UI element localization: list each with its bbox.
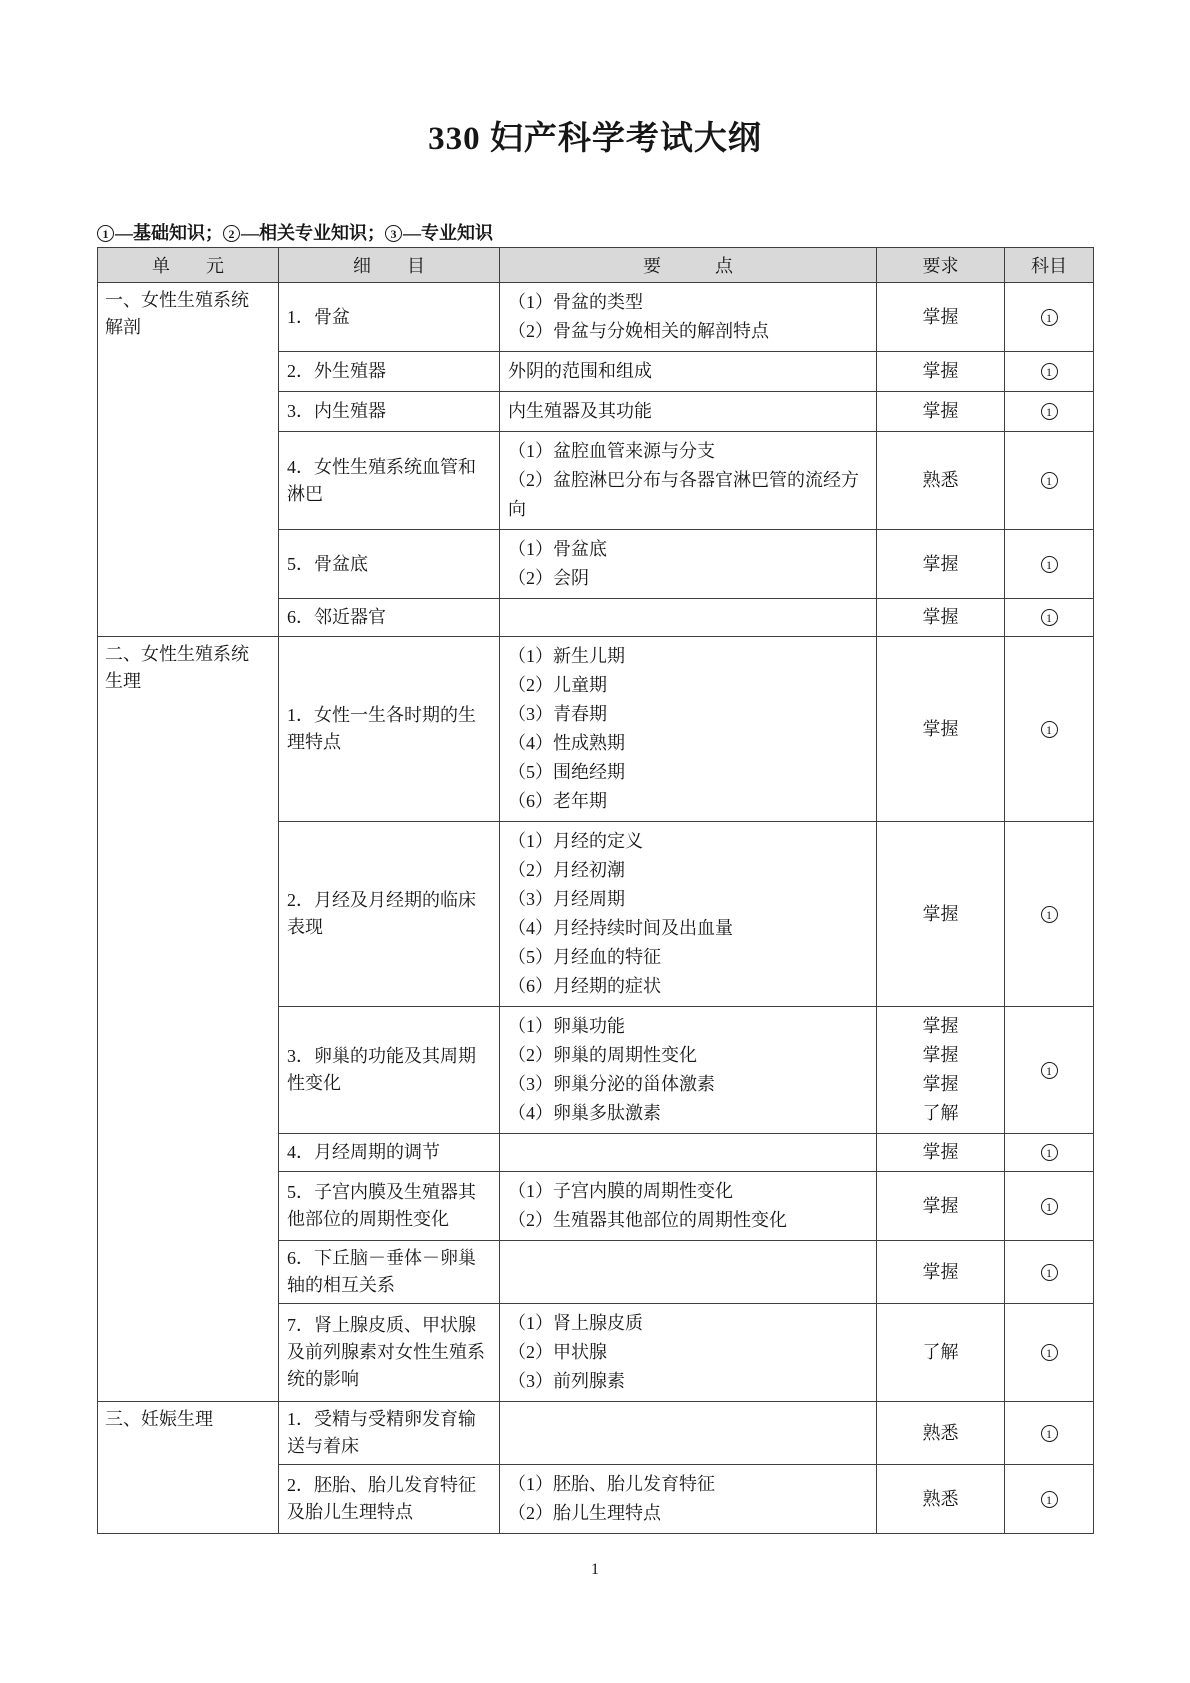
circled-number-icon: 1: [1041, 472, 1058, 489]
legend-text: —相关专业知识；: [241, 223, 385, 243]
requirement-value: 了解: [879, 1338, 1002, 1367]
point-line: （4）性成熟期: [508, 729, 868, 758]
circled-number-icon: 1: [1041, 363, 1058, 380]
circled-number-icon: 1: [1041, 1144, 1058, 1161]
item-cell: 4．月经周期的调节: [279, 1134, 500, 1172]
unit-cell: 二、女性生殖系统生理: [98, 637, 279, 1402]
subject-cell: 1: [1005, 352, 1094, 392]
requirement-cell: 熟悉: [877, 1465, 1005, 1534]
point-line: （2）胎儿生理特点: [508, 1499, 868, 1528]
requirement-value: 熟悉: [879, 1419, 1002, 1448]
circled-number-icon: 3: [385, 225, 402, 242]
point-line: （2）生殖器其他部位的周期性变化: [508, 1206, 868, 1235]
points-cell: （1）卵巢功能（2）卵巢的周期性变化（3）卵巢分泌的甾体激素（4）卵巢多肽激素: [500, 1007, 877, 1134]
subject-cell: 1: [1005, 1465, 1094, 1534]
point-line: 内生殖器及其功能: [508, 397, 868, 426]
point-line: （1）骨盆的类型: [508, 288, 868, 317]
circled-number-icon: 1: [1041, 556, 1058, 573]
subject-cell: 1: [1005, 1007, 1094, 1134]
point-line: （3）月经周期: [508, 885, 868, 914]
circled-number-icon: 1: [1041, 1062, 1058, 1079]
point-line: （6）月经期的症状: [508, 972, 868, 1001]
requirement-value: 掌握: [879, 1258, 1002, 1287]
requirement-value: 掌握: [879, 900, 1002, 929]
subject-cell: 1: [1005, 392, 1094, 432]
point-line: （2）儿童期: [508, 671, 868, 700]
points-cell: 内生殖器及其功能: [500, 392, 877, 432]
subject-cell: 1: [1005, 283, 1094, 352]
requirement-cell: 掌握: [877, 822, 1005, 1007]
circled-number-icon: 1: [1041, 1491, 1058, 1508]
item-cell: 1．受精与受精卵发育输送与着床: [279, 1402, 500, 1465]
points-cell: （1）骨盆的类型（2）骨盆与分娩相关的解剖特点: [500, 283, 877, 352]
points-cell: [500, 1134, 877, 1172]
circled-number-icon: 1: [1041, 1198, 1058, 1215]
item-cell: 5．子宫内膜及生殖器其他部位的周期性变化: [279, 1172, 500, 1241]
requirement-value: 掌握: [879, 1070, 1002, 1099]
syllabus-table: 单 元 细 目 要 点 要求 科目 一、女性生殖系统解剖1．骨盆（1）骨盆的类型…: [97, 247, 1094, 1534]
circled-number-icon: 1: [1041, 309, 1058, 326]
requirement-cell: 掌握: [877, 599, 1005, 637]
subject-cell: 1: [1005, 530, 1094, 599]
points-cell: （1）胚胎、胎儿发育特征（2）胎儿生理特点: [500, 1465, 877, 1534]
point-line: （2）盆腔淋巴分布与各器官淋巴管的流经方向: [508, 466, 868, 524]
page-title: 330 妇产科学考试大纲: [97, 0, 1093, 159]
requirement-cell: 掌握掌握掌握了解: [877, 1007, 1005, 1134]
requirement-cell: 掌握: [877, 1241, 1005, 1304]
points-cell: [500, 599, 877, 637]
unit-cell: 一、女性生殖系统解剖: [98, 283, 279, 637]
point-line: （3）青春期: [508, 700, 868, 729]
subject-cell: 1: [1005, 1134, 1094, 1172]
points-cell: [500, 1241, 877, 1304]
point-line: （2）骨盆与分娩相关的解剖特点: [508, 317, 868, 346]
requirement-cell: 熟悉: [877, 432, 1005, 530]
requirement-value: 掌握: [879, 603, 1002, 632]
subject-cell: 1: [1005, 432, 1094, 530]
point-line: （1）胚胎、胎儿发育特征: [508, 1470, 868, 1499]
points-cell: [500, 1402, 877, 1465]
table-row: 二、女性生殖系统生理1．女性一生各时期的生理特点（1）新生儿期（2）儿童期（3）…: [98, 637, 1094, 822]
point-line: （1）肾上腺皮质: [508, 1309, 868, 1338]
requirement-value: 掌握: [879, 715, 1002, 744]
circled-number-icon: 2: [223, 225, 240, 242]
circled-number-icon: 1: [97, 225, 114, 242]
point-line: （1）新生儿期: [508, 642, 868, 671]
subject-cell: 1: [1005, 1172, 1094, 1241]
requirement-value: 熟悉: [879, 1485, 1002, 1514]
item-cell: 4．女性生殖系统血管和淋巴: [279, 432, 500, 530]
circled-number-icon: 1: [1041, 1425, 1058, 1442]
column-header-subject: 科目: [1005, 248, 1094, 283]
point-line: （1）骨盆底: [508, 535, 868, 564]
requirement-value: 掌握: [879, 550, 1002, 579]
item-cell: 6．邻近器官: [279, 599, 500, 637]
item-cell: 5．骨盆底: [279, 530, 500, 599]
table-row: 一、女性生殖系统解剖1．骨盆（1）骨盆的类型（2）骨盆与分娩相关的解剖特点掌握1: [98, 283, 1094, 352]
points-cell: （1）子宫内膜的周期性变化（2）生殖器其他部位的周期性变化: [500, 1172, 877, 1241]
requirement-value: 掌握: [879, 397, 1002, 426]
legend: 1—基础知识；2—相关专业知识；3—专业知识: [97, 221, 1093, 245]
requirement-value: 掌握: [879, 1192, 1002, 1221]
requirement-cell: 掌握: [877, 352, 1005, 392]
document-page: 330 妇产科学考试大纲 1—基础知识；2—相关专业知识；3—专业知识 单 元 …: [0, 0, 1190, 1683]
subject-cell: 1: [1005, 1241, 1094, 1304]
point-line: （3）卵巢分泌的甾体激素: [508, 1070, 868, 1099]
requirement-value: 熟悉: [879, 466, 1002, 495]
circled-number-icon: 1: [1041, 403, 1058, 420]
requirement-cell: 掌握: [877, 392, 1005, 432]
column-header-points: 要 点: [500, 248, 877, 283]
requirement-value: 掌握: [879, 1012, 1002, 1041]
item-cell: 2．外生殖器: [279, 352, 500, 392]
points-cell: （1）骨盆底（2）会阴: [500, 530, 877, 599]
point-line: （5）月经血的特征: [508, 943, 868, 972]
requirement-cell: 掌握: [877, 1172, 1005, 1241]
point-line: （1）盆腔血管来源与分支: [508, 437, 868, 466]
requirement-cell: 了解: [877, 1304, 1005, 1402]
point-line: （2）卵巢的周期性变化: [508, 1041, 868, 1070]
document-content: 330 妇产科学考试大纲 1—基础知识；2—相关专业知识；3—专业知识 单 元 …: [97, 0, 1093, 1579]
points-cell: 外阴的范围和组成: [500, 352, 877, 392]
item-cell: 3．卵巢的功能及其周期性变化: [279, 1007, 500, 1134]
requirement-cell: 熟悉: [877, 1402, 1005, 1465]
requirement-cell: 掌握: [877, 530, 1005, 599]
item-cell: 3．内生殖器: [279, 392, 500, 432]
subject-cell: 1: [1005, 822, 1094, 1007]
column-header-unit: 单 元: [98, 248, 279, 283]
unit-cell: 三、妊娠生理: [98, 1402, 279, 1534]
subject-cell: 1: [1005, 1402, 1094, 1465]
item-cell: 1．女性一生各时期的生理特点: [279, 637, 500, 822]
point-line: （6）老年期: [508, 787, 868, 816]
point-line: （2）甲状腺: [508, 1338, 868, 1367]
point-line: （1）子宫内膜的周期性变化: [508, 1177, 868, 1206]
point-line: （2）月经初潮: [508, 856, 868, 885]
item-cell: 1．骨盆: [279, 283, 500, 352]
table-header-row: 单 元 细 目 要 点 要求 科目: [98, 248, 1094, 283]
point-line: （4）卵巢多肽激素: [508, 1099, 868, 1128]
point-line: （1）月经的定义: [508, 827, 868, 856]
item-cell: 7．肾上腺皮质、甲状腺及前列腺素对女性生殖系统的影响: [279, 1304, 500, 1402]
item-cell: 2．月经及月经期的临床表现: [279, 822, 500, 1007]
points-cell: （1）新生儿期（2）儿童期（3）青春期（4）性成熟期（5）围绝经期（6）老年期: [500, 637, 877, 822]
requirement-value: 掌握: [879, 303, 1002, 332]
requirement-value: 了解: [879, 1099, 1002, 1128]
circled-number-icon: 1: [1041, 906, 1058, 923]
requirement-cell: 掌握: [877, 1134, 1005, 1172]
requirement-value: 掌握: [879, 1138, 1002, 1167]
subject-cell: 1: [1005, 637, 1094, 822]
circled-number-icon: 1: [1041, 721, 1058, 738]
circled-number-icon: 1: [1041, 1344, 1058, 1361]
point-line: （3）前列腺素: [508, 1367, 868, 1396]
subject-cell: 1: [1005, 1304, 1094, 1402]
legend-text: —专业知识: [403, 223, 493, 243]
subject-cell: 1: [1005, 599, 1094, 637]
requirement-value: 掌握: [879, 357, 1002, 386]
circled-number-icon: 1: [1041, 609, 1058, 626]
point-line: （1）卵巢功能: [508, 1012, 868, 1041]
legend-text: —基础知识；: [115, 223, 223, 243]
points-cell: （1）肾上腺皮质（2）甲状腺（3）前列腺素: [500, 1304, 877, 1402]
requirement-value: 掌握: [879, 1041, 1002, 1070]
point-line: （2）会阴: [508, 564, 868, 593]
point-line: （4）月经持续时间及出血量: [508, 914, 868, 943]
column-header-requirement: 要求: [877, 248, 1005, 283]
points-cell: （1）盆腔血管来源与分支（2）盆腔淋巴分布与各器官淋巴管的流经方向: [500, 432, 877, 530]
requirement-cell: 掌握: [877, 637, 1005, 822]
point-line: （5）围绝经期: [508, 758, 868, 787]
requirement-cell: 掌握: [877, 283, 1005, 352]
page-number: 1: [97, 1561, 1093, 1579]
circled-number-icon: 1: [1041, 1264, 1058, 1281]
point-line: 外阴的范围和组成: [508, 357, 868, 386]
column-header-item: 细 目: [279, 248, 500, 283]
item-cell: 2．胚胎、胎儿发育特征及胎儿生理特点: [279, 1465, 500, 1534]
item-cell: 6．下丘脑－垂体－卵巢轴的相互关系: [279, 1241, 500, 1304]
table-row: 三、妊娠生理1．受精与受精卵发育输送与着床熟悉1: [98, 1402, 1094, 1465]
points-cell: （1）月经的定义（2）月经初潮（3）月经周期（4）月经持续时间及出血量（5）月经…: [500, 822, 877, 1007]
